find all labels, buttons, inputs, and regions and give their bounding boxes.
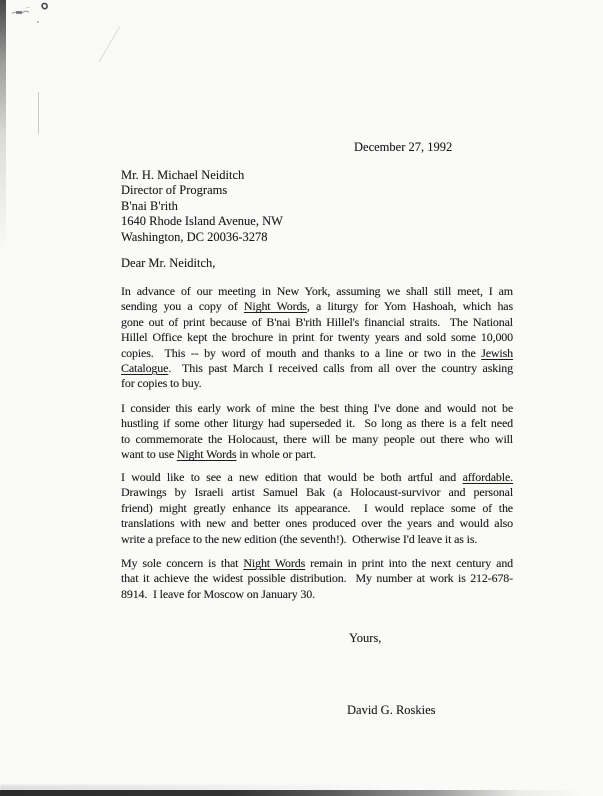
letter-line: copies. This -- by word of mouth and tha…: [121, 346, 513, 361]
letter-line: translations with new and better ones pr…: [121, 516, 513, 531]
letter-date: December 27, 1992: [354, 140, 452, 155]
recipient-street: 1640 Rhode Island Avenue, NW: [121, 214, 283, 229]
letter-line: I would like to see a new edition that w…: [121, 470, 513, 485]
letter-line: friend) might greatly enhance its appear…: [121, 501, 513, 516]
letter-line: 8914. I leave for Moscow on January 30.: [121, 587, 513, 602]
salutation: Dear Mr. Neiditch,: [121, 256, 215, 271]
signature-name: David G. Roskies: [347, 703, 436, 718]
recipient-title: Director of Programs: [121, 183, 283, 198]
recipient-organization: B'nai B'rith: [121, 199, 283, 214]
letter-paragraph-3: I would like to see a new edition that w…: [121, 470, 513, 547]
letter-line: to commemorate the Holocaust, there will…: [121, 432, 513, 447]
letter-line: want to use Night Words in whole or part…: [121, 447, 513, 462]
scan-scratch-line: [38, 92, 39, 134]
letter-line: hustling if some other liturgy had super…: [121, 416, 513, 431]
recipient-name: Mr. H. Michael Neiditch: [121, 168, 283, 183]
recipient-address-block: Mr. H. Michael Neiditch Director of Prog…: [121, 168, 283, 245]
letter-line: write a preface to the new edition (the …: [121, 532, 513, 547]
letter-paragraph-2: I consider this early work of mine the b…: [121, 401, 513, 463]
recipient-city: Washington, DC 20036-3278: [121, 230, 283, 245]
letter-line: that it achieve the widest possible dist…: [121, 571, 513, 586]
scanned-letter-page: December 27, 1992 Mr. H. Michael Neiditc…: [0, 0, 603, 796]
letter-line: In advance of our meeting in New York, a…: [121, 284, 513, 299]
letter-line: for copies to buy.: [121, 376, 513, 391]
letter-line: Drawings by Israeli artist Samuel Bak (a…: [121, 485, 513, 500]
letter-line: Hillel Office kept the brochure in print…: [121, 330, 513, 345]
letter-line: sending you a copy of Night Words, a lit…: [121, 299, 513, 314]
letter-paragraph-1: In advance of our meeting in New York, a…: [121, 284, 513, 392]
letter-paragraph-4: My sole concern is that Night Words rema…: [121, 556, 513, 602]
pencil-scribble-marks: [6, 0, 136, 40]
letter-line: My sole concern is that Night Words rema…: [121, 556, 513, 571]
letter-line: Catalogue. This past March I received ca…: [121, 361, 513, 376]
closing: Yours,: [349, 631, 381, 646]
letter-line: I consider this early work of mine the b…: [121, 401, 513, 416]
scan-edge-shadow-bottom: [0, 790, 603, 796]
letter-line: gone out of print because of B'nai B'rit…: [121, 315, 513, 330]
